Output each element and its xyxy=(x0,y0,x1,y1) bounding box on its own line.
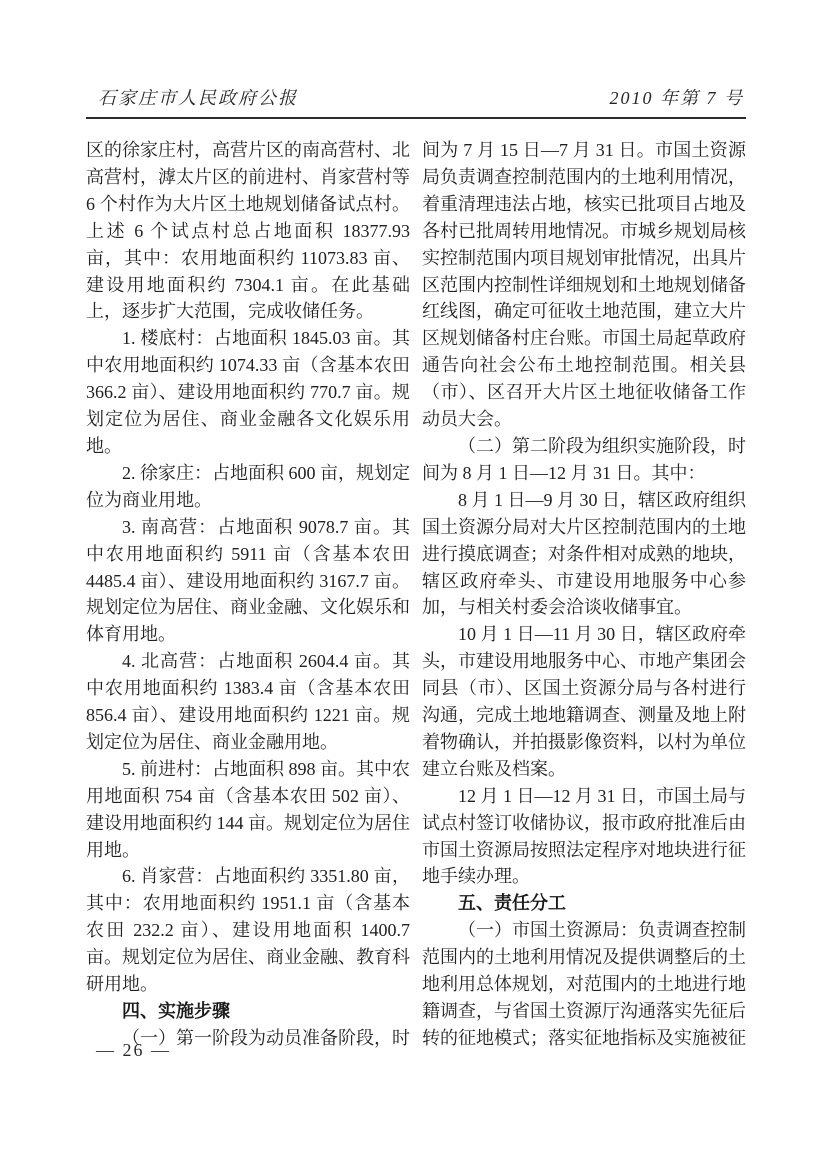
page-content: 石家庄市人民政府公报 2010 年第 7 号 区的徐家庄村，高营片区的南高营村、… xyxy=(86,84,746,1052)
column-right: 间为 7 月 15 日—7 月 31 日。市国土资源局负责调查控制范围内的土地利… xyxy=(422,137,746,1052)
page-header: 石家庄市人民政府公报 2010 年第 7 号 xyxy=(86,84,746,117)
header-rule xyxy=(86,117,746,119)
paragraph: 1. 楼底村：占地面积 1845.03 亩。其中农用地面积约 1074.33 亩… xyxy=(86,325,410,460)
gazette-title: 石家庄市人民政府公报 xyxy=(98,84,298,110)
page-number: — 26 — xyxy=(96,1040,171,1061)
paragraph: （一）市国土资源局：负责调查控制范围内的土地利用情况及提供调整后的土地利用总体规… xyxy=(422,917,746,1052)
paragraph: 8 月 1 日—9 月 30 日，辖区政府组织国土资源分局对大片区控制范围内的土… xyxy=(422,487,746,622)
issue-number: 2010 年第 7 号 xyxy=(610,84,745,110)
paragraph: 12 月 1 日—12 月 31 日，市国土局与试点村签订收储协议，报市政府批准… xyxy=(422,783,746,891)
paragraph: 4. 北高营：占地面积 2604.4 亩。其中农用地面积约 1383.4 亩（含… xyxy=(86,648,410,756)
paragraph: 2. 徐家庄：占地面积 600 亩，规划定位为商业用地。 xyxy=(86,460,410,514)
paragraph: 间为 7 月 15 日—7 月 31 日。市国土资源局负责调查控制范围内的土地利… xyxy=(422,137,746,433)
section-heading: 四、实施步骤 xyxy=(86,998,410,1025)
paragraph: 区的徐家庄村，高营片区的南高营村、北高营村，滹太片区的前进村、肖家营村等 6 个… xyxy=(86,137,410,325)
paragraph: 3. 南高营：占地面积 9078.7 亩。其中农用地面积约 5911 亩（含基本… xyxy=(86,514,410,649)
gazette-page: 石家庄市人民政府公报 2010 年第 7 号 区的徐家庄村，高营片区的南高营村、… xyxy=(0,0,826,1169)
column-left: 区的徐家庄村，高营片区的南高营村、北高营村，滹太片区的前进村、肖家营村等 6 个… xyxy=(86,137,410,1052)
paragraph: 10 月 1 日—11 月 30 日，辖区政府牵头，市建设用地服务中心、市地产集… xyxy=(422,621,746,782)
paragraph: 6. 肖家营：占地面积约 3351.80 亩，其中：农用地面积约 1951.1 … xyxy=(86,863,410,998)
paragraph: 5. 前进村：占地面积 898 亩。其中农用地面积 754 亩（含基本农田 50… xyxy=(86,756,410,864)
section-heading: 五、责任分工 xyxy=(422,890,746,917)
paragraph: （二）第二阶段为组织实施阶段，时间为 8 月 1 日—12 月 31 日。其中： xyxy=(422,433,746,487)
text-columns: 区的徐家庄村，高营片区的南高营村、北高营村，滹太片区的前进村、肖家营村等 6 个… xyxy=(86,137,746,1052)
